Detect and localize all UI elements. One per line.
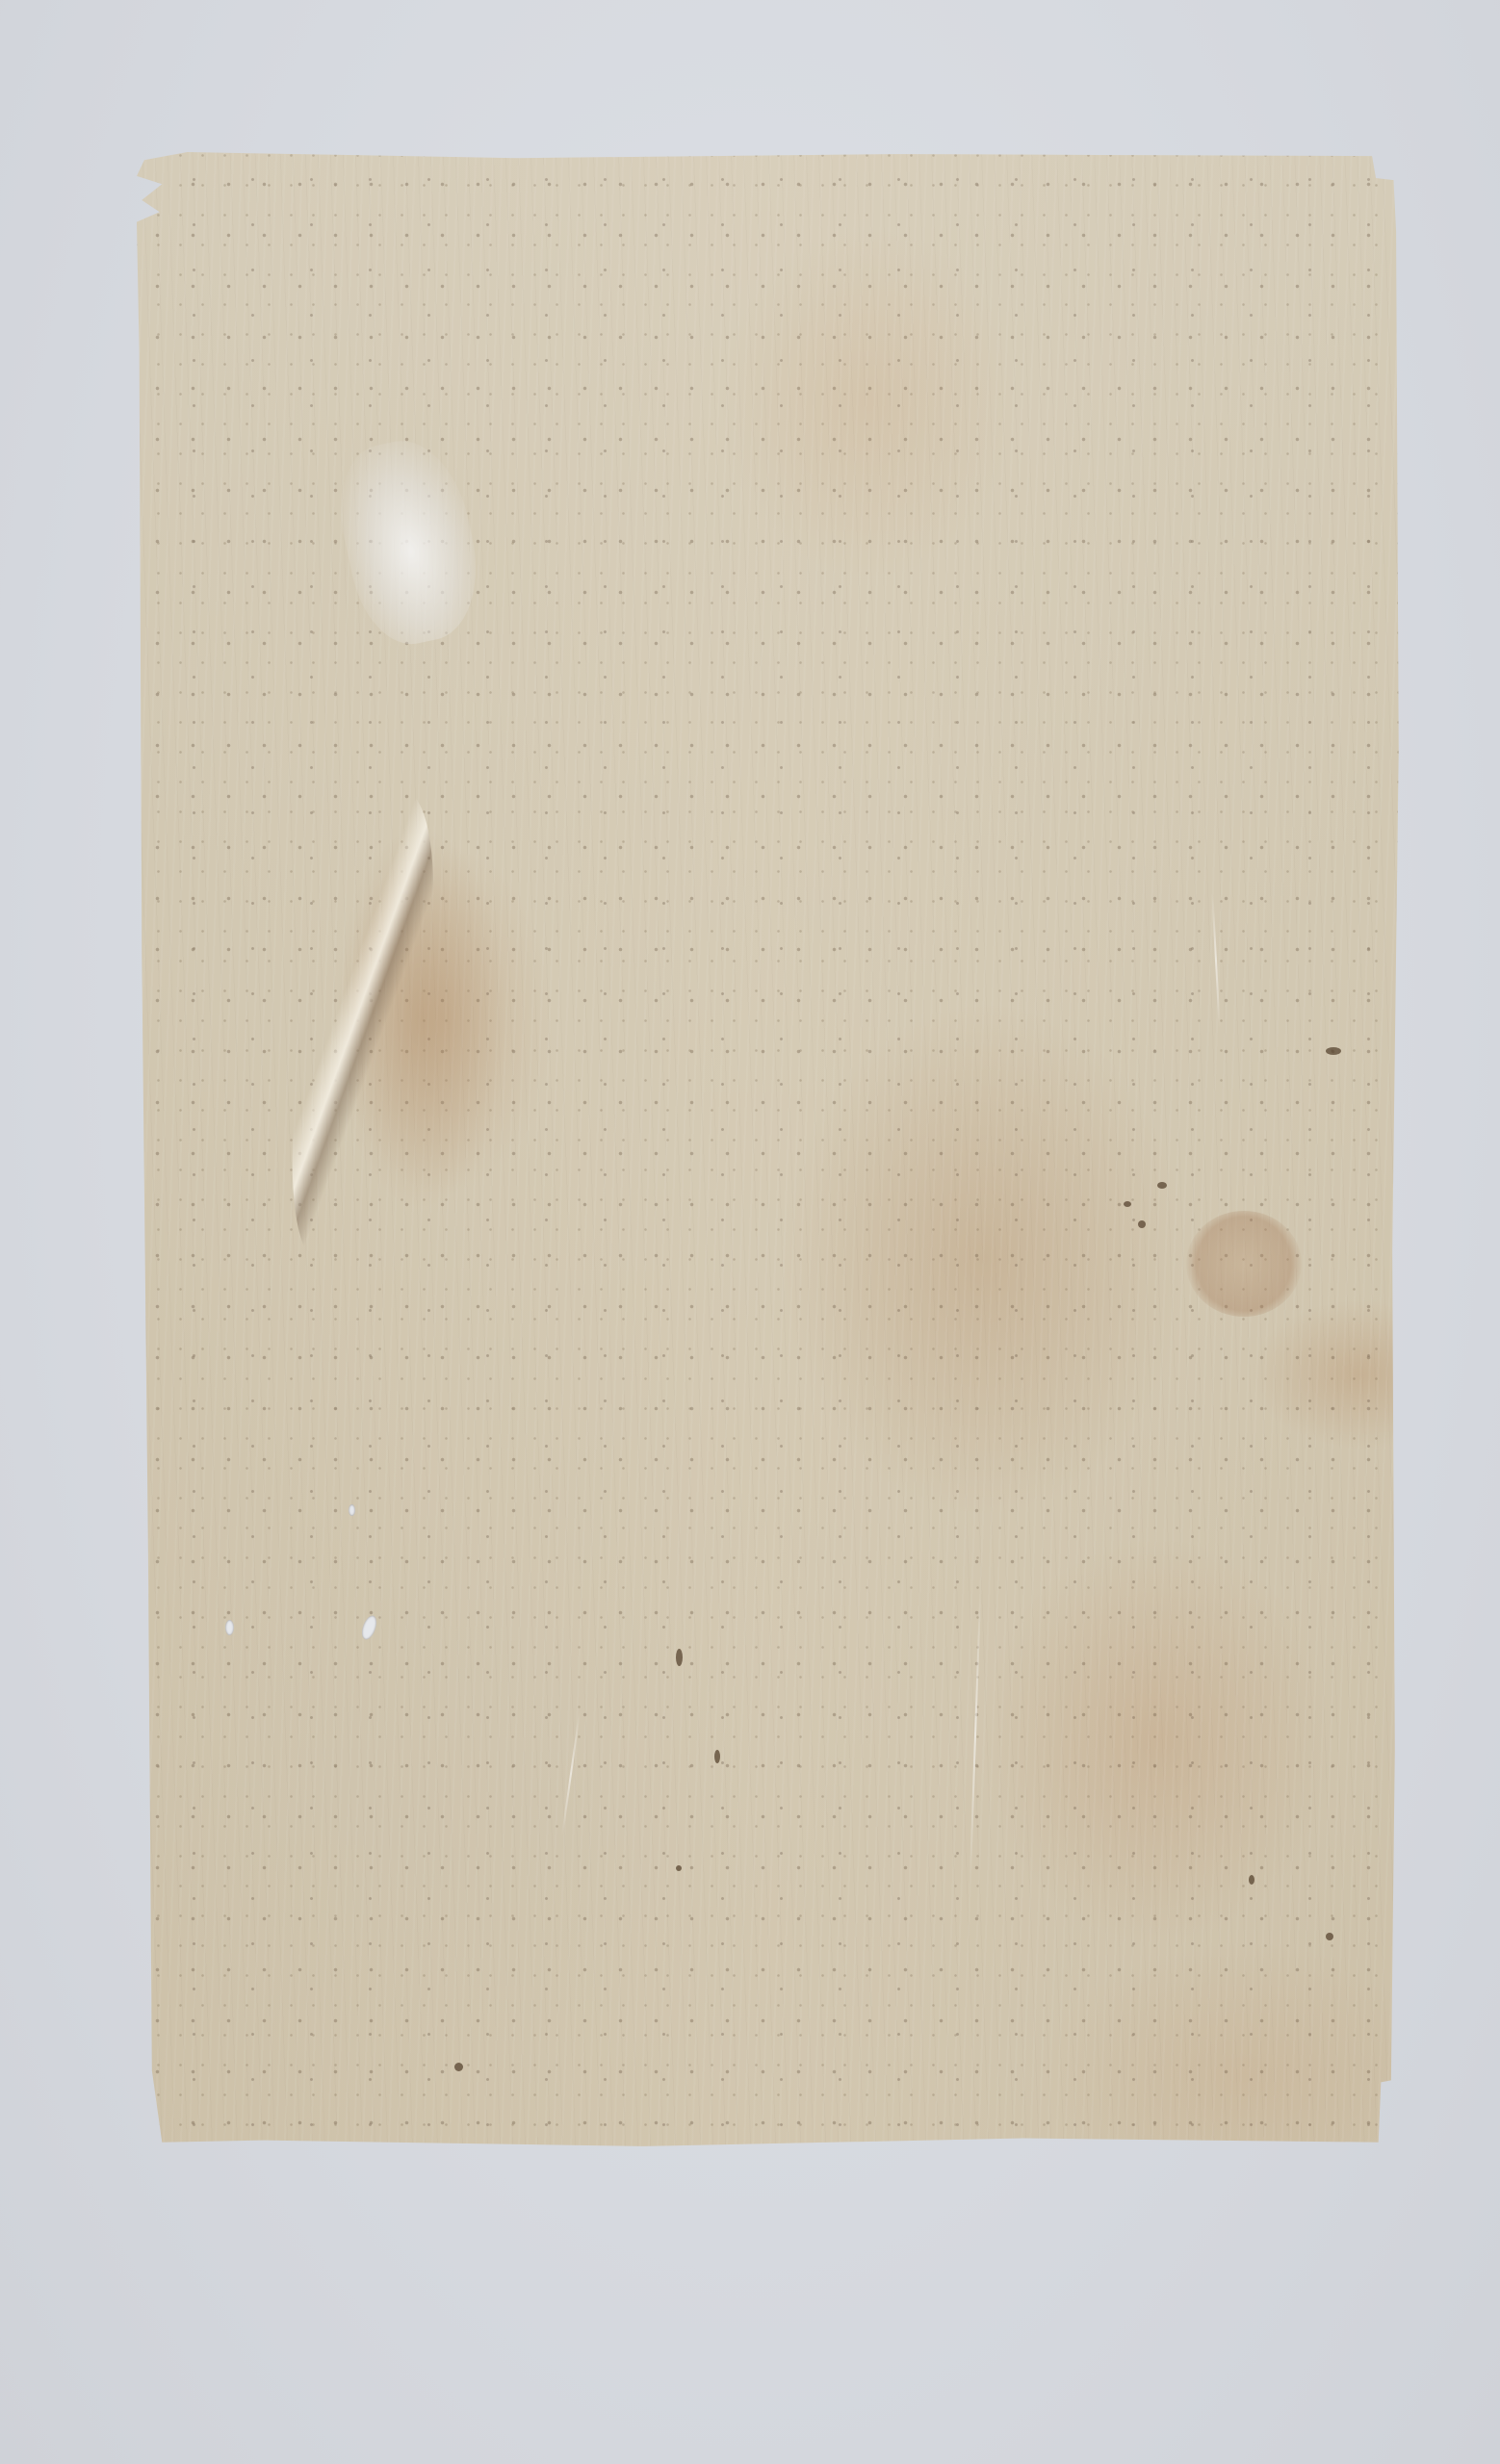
aged-paper-sheet <box>137 152 1404 2150</box>
ink-blot <box>1249 1875 1254 1885</box>
ink-blot <box>676 1649 683 1666</box>
small-hole <box>349 1504 355 1516</box>
brown-stain-ring <box>1186 1211 1302 1317</box>
ink-blot <box>676 1865 682 1871</box>
ink-blot <box>1157 1182 1167 1189</box>
small-hole <box>225 1620 234 1635</box>
ink-blot <box>1124 1201 1131 1207</box>
ink-blot <box>454 2063 463 2071</box>
ink-blot <box>1138 1220 1146 1228</box>
ink-blot <box>1326 1047 1341 1055</box>
ink-blot <box>1326 1933 1333 1940</box>
ink-blot <box>714 1750 720 1763</box>
